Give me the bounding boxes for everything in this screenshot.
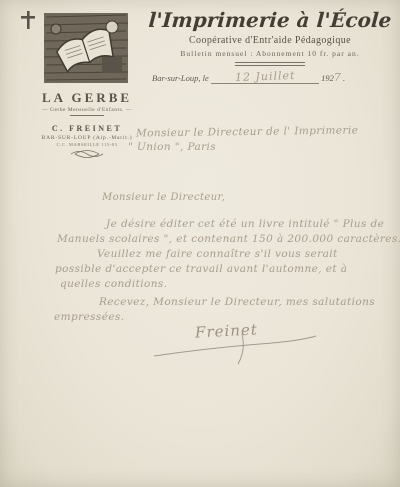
body-line: Recevez, Monsieur le Directeur, mes salu… (99, 296, 375, 308)
magazine-title: LA GERBE (18, 90, 156, 106)
woodcut-open-book-illustration (44, 13, 128, 83)
journal-subtitle: Coopérative d'Entr'aide Pédagogique (148, 35, 392, 46)
date-underline: 12 Juillet (211, 70, 319, 84)
dateline-suffix: . (343, 73, 345, 83)
handwritten-year-digit: 7 (334, 71, 341, 84)
body-line: Je désire éditer cet été un livre intitu… (106, 218, 384, 230)
cross-icon (20, 10, 36, 30)
magazine-subtitle: — Gerbe Mensuelle d'Enfants. — (18, 107, 156, 113)
double-rule (235, 62, 305, 66)
handwritten-date: 12 Juillet (234, 69, 295, 84)
printed-year: 192 (321, 73, 334, 83)
recipient-line-1: Monsieur le Directeur de l' Imprimerie (136, 124, 358, 139)
divider (70, 115, 104, 116)
body-line: Veuillez me faire connaître s'il vous se… (97, 248, 338, 260)
dateline: Bar-sur-Loup, le 12 Juillet 1927 . (152, 70, 384, 84)
flourish-ornament (69, 149, 105, 159)
signature: Freinet (195, 320, 259, 341)
body-line: possible d'accepter ce travail avant l'a… (55, 263, 347, 275)
journal-title: l'Imprimerie à l'École (147, 8, 393, 32)
salutation: Monsieur le Directeur, (102, 192, 225, 203)
recipient-line-2: " Union ", Paris (128, 141, 216, 153)
body-line: Manuels scolaires ", et contenant 150 à … (57, 233, 400, 245)
body-line: empressées. (54, 311, 124, 323)
body-line: quelles conditions. (60, 278, 167, 290)
bulletin-line: Bulletin mensuel : Abonnement 10 fr. par… (148, 49, 392, 58)
dateline-place: Bar-sur-Loup, le (152, 73, 209, 83)
letter-page: LA GERBE — Gerbe Mensuelle d'Enfants. — … (0, 0, 400, 487)
